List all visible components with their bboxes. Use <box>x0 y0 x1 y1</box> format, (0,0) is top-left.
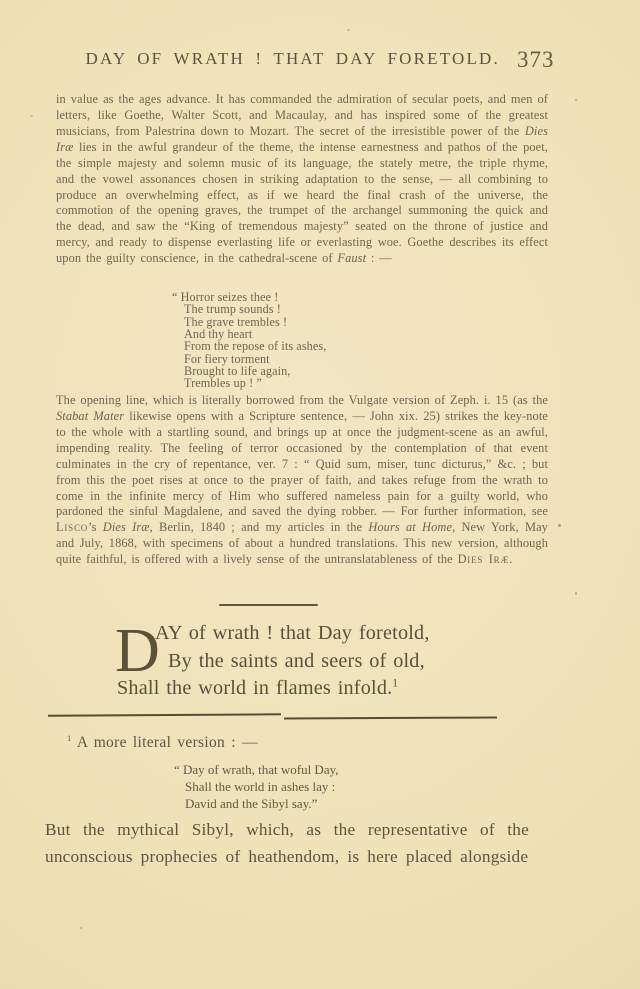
verse-line: Shall the world in ashes lay : <box>185 779 339 796</box>
section-divider-rule <box>219 604 318 606</box>
running-title: DAY OF WRATH ! THAT DAY FORETOLD. <box>86 49 500 69</box>
faust-quote-verse: “ Horror seizes thee !The trump sounds !… <box>184 291 326 390</box>
ink-speck <box>558 524 561 527</box>
verse-line: Trembles up ! ” <box>184 377 326 389</box>
footnote-intro-text: A more literal version : — <box>77 734 258 751</box>
verse-line: The trump sounds ! <box>184 303 326 315</box>
hymn-first-stanza: D AY of wrath ! that Day foretold, By th… <box>115 620 535 703</box>
page-header: DAY OF WRATH ! THAT DAY FORETOLD.373 <box>0 44 640 70</box>
commentary-paragraph: The opening line, which is literally bor… <box>56 393 548 568</box>
hymn-line: Shall the world in flames infold.1 <box>115 675 535 703</box>
footnote-reference: 1 <box>392 677 398 689</box>
footnote-verse: “ Day of wrath, that woful Day,Shall the… <box>185 762 339 813</box>
ink-speck <box>80 927 82 929</box>
verse-line: From the repose of its ashes, <box>184 340 326 352</box>
intro-paragraph: in value as the ages advance. It has com… <box>56 92 548 267</box>
ink-speck <box>575 99 577 101</box>
footnote-marker: 1 <box>67 733 72 743</box>
ink-speck <box>347 29 350 31</box>
hymn-line: AY of wrath ! that Day foretold, <box>115 620 535 648</box>
verse-line: “ Day of wrath, that woful Day, <box>185 762 339 779</box>
dropcap-letter: D <box>115 627 160 675</box>
closing-paragraph: But the mythical Sibyl, which, as the re… <box>45 817 529 871</box>
verse-line: David and the Sibyl say.” <box>185 796 339 813</box>
ink-speck <box>30 115 33 117</box>
hymn-line: By the saints and seers of old, <box>115 648 535 676</box>
ink-speck <box>575 592 577 595</box>
footnote-intro: 1 A more literal version : — <box>67 734 258 752</box>
page-number: 373 <box>517 47 555 73</box>
